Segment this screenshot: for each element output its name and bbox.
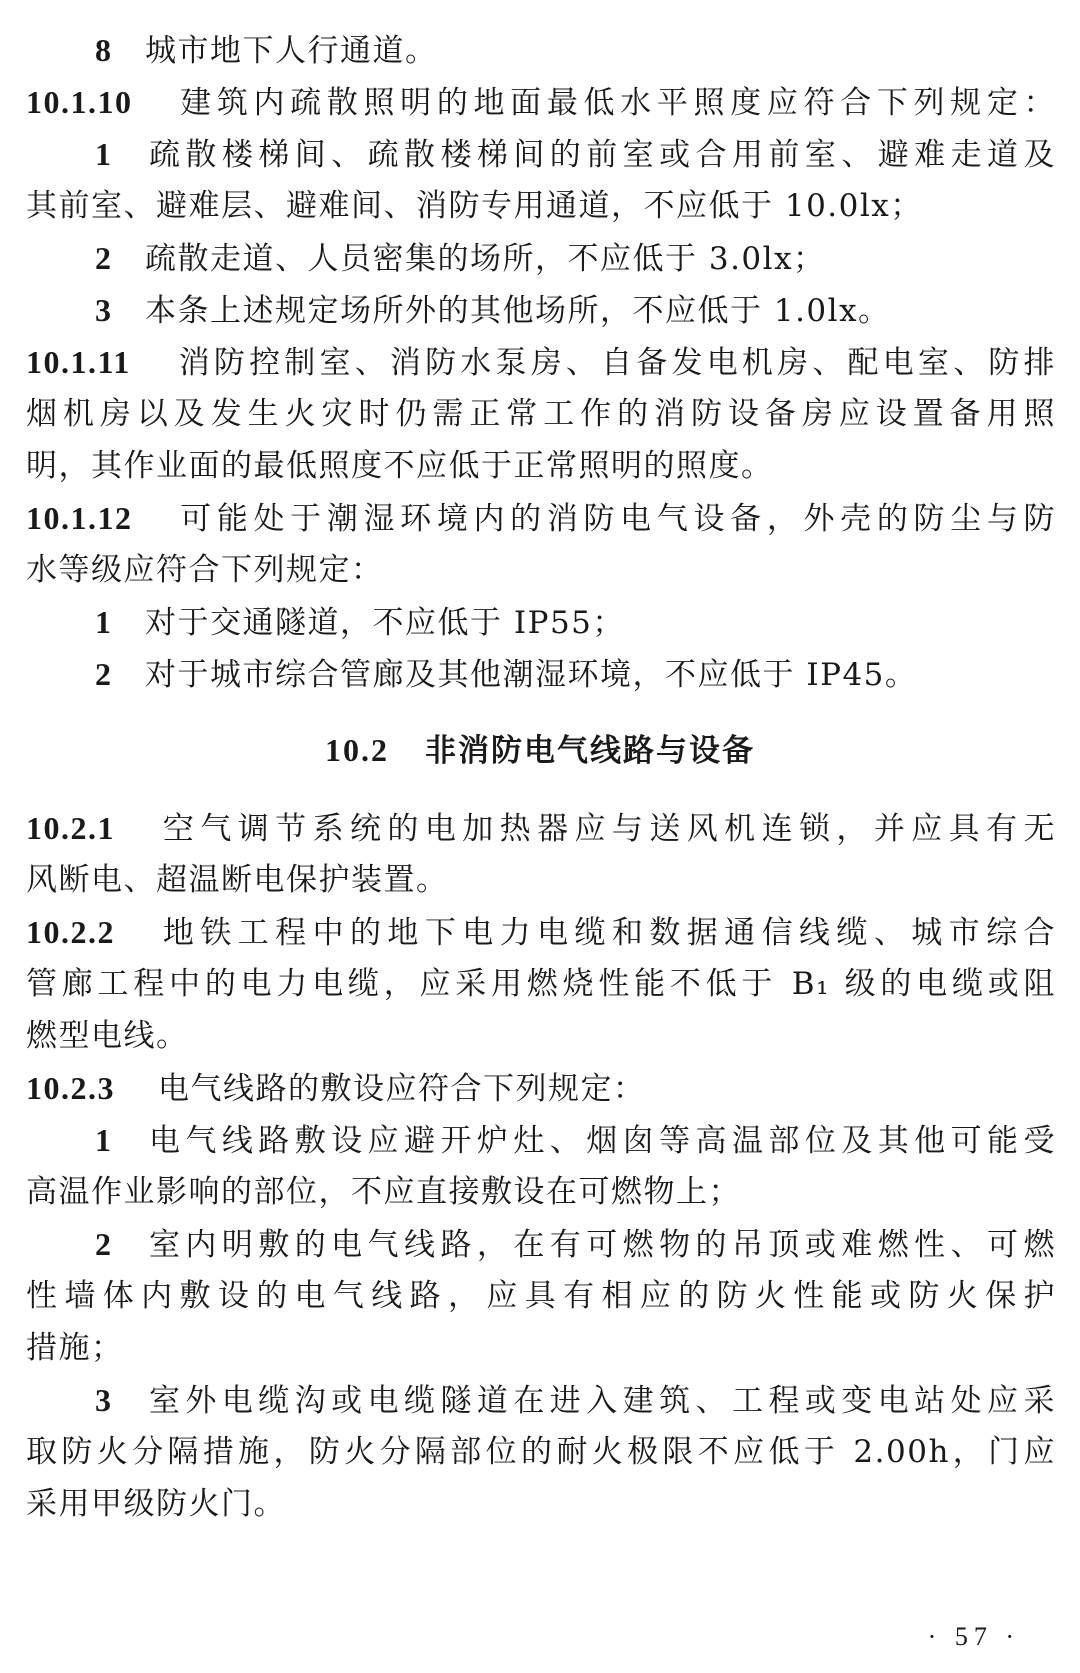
list-item: 2室内明敷的电气线路，在有可燃物的吊顶或难燃性、可燃 bbox=[95, 1224, 1056, 1264]
clause-10-1-12: 10.1.12可能处于潮湿环境内的消防电气设备，外壳的防尘与防 bbox=[26, 498, 1056, 538]
list-item: 2疏散走道、人员密集的场所，不应低于 3.0lx； bbox=[95, 238, 1056, 278]
continuation-line: 管廊工程中的电力电缆，应采用燃烧性能不低于 B₁ 级的电缆或阻 bbox=[26, 964, 1056, 1004]
clause-10-1-10: 10.1.10建筑内疏散照明的地面最低水平照度应符合下列规定： bbox=[26, 82, 1056, 122]
list-item: 1疏散楼梯间、疏散楼梯间的前室或合用前室、避难走道及 bbox=[95, 134, 1056, 174]
item-number: 2 bbox=[95, 1224, 145, 1264]
clause-number: 10.1.10 bbox=[26, 82, 176, 122]
item-number: 2 bbox=[95, 238, 145, 278]
clause-text: 电气线路的敷设应符合下列规定： bbox=[158, 1071, 646, 1107]
item-number: 2 bbox=[95, 654, 145, 694]
clause-10-2-1: 10.2.1空气调节系统的电加热器应与送风机连锁，并应具有无 bbox=[26, 808, 1056, 848]
list-item: 3室外电缆沟或电缆隧道在进入建筑、工程或变电站处应采 bbox=[95, 1380, 1056, 1420]
clause-10-2-3: 10.2.3电气线路的敷设应符合下列规定： bbox=[26, 1068, 1056, 1108]
clause-text: 可能处于潮湿环境内的消防电气设备，外壳的防尘与防 bbox=[176, 501, 1056, 537]
item-text: 室外电缆沟或电缆隧道在进入建筑、工程或变电站处应采 bbox=[145, 1383, 1056, 1419]
section-number: 10.2 bbox=[325, 730, 389, 770]
item-number: 1 bbox=[95, 1120, 145, 1160]
continuation-line: 性墙体内敷设的电气线路，应具有相应的防火性能或防火保护 bbox=[26, 1276, 1056, 1316]
item-text: 城市地下人行通道。 bbox=[145, 33, 438, 69]
clause-text: 建筑内疏散照明的地面最低水平照度应符合下列规定： bbox=[176, 85, 1056, 121]
list-item: 3本条上述规定场所外的其他场所，不应低于 1.0lx。 bbox=[95, 290, 1056, 330]
document-page: 8城市地下人行通道。 10.1.10建筑内疏散照明的地面最低水平照度应符合下列规… bbox=[0, 0, 1080, 1673]
continuation-line: 措施； bbox=[26, 1328, 1056, 1368]
list-item: 1对于交通隧道，不应低于 IP55； bbox=[95, 602, 1056, 642]
clause-text: 地铁工程中的地下电力电缆和数据通信线缆、城市综合 bbox=[158, 915, 1056, 951]
list-item: 8城市地下人行通道。 bbox=[95, 30, 1056, 70]
item-text: 室内明敷的电气线路，在有可燃物的吊顶或难燃性、可燃 bbox=[145, 1227, 1056, 1263]
list-item: 1电气线路敷设应避开炉灶、烟囱等高温部位及其他可能受 bbox=[95, 1120, 1056, 1160]
item-number: 1 bbox=[95, 134, 145, 174]
continuation-line: 取防火分隔措施，防火分隔部位的耐火极限不应低于 2.00h，门应 bbox=[26, 1432, 1056, 1472]
item-text: 疏散楼梯间、疏散楼梯间的前室或合用前室、避难走道及 bbox=[145, 137, 1056, 173]
continuation-line: 明，其作业面的最低照度不应低于正常照明的照度。 bbox=[26, 446, 1056, 486]
continuation-line: 采用甲级防火门。 bbox=[26, 1484, 1056, 1524]
clause-number: 10.2.2 bbox=[26, 912, 158, 952]
continuation-line: 燃型电线。 bbox=[26, 1016, 1056, 1056]
continuation-line: 其前室、避难层、避难间、消防专用通道，不应低于 10.0lx； bbox=[26, 186, 1056, 226]
item-number: 1 bbox=[95, 602, 145, 642]
item-text: 疏散走道、人员密集的场所，不应低于 3.0lx； bbox=[145, 241, 826, 277]
clause-10-2-2: 10.2.2地铁工程中的地下电力电缆和数据通信线缆、城市综合 bbox=[26, 912, 1056, 952]
item-number: 3 bbox=[95, 1380, 145, 1420]
continuation-line: 烟机房以及发生火灾时仍需正常工作的消防设备房应设置备用照 bbox=[26, 394, 1056, 434]
clause-number: 10.2.1 bbox=[26, 808, 158, 848]
list-item: 2对于城市综合管廊及其他潮湿环境，不应低于 IP45。 bbox=[95, 654, 1056, 694]
section-heading: 10.2非消防电气线路与设备 bbox=[0, 730, 1080, 771]
item-text: 对于交通隧道，不应低于 IP55； bbox=[145, 605, 625, 641]
continuation-line: 风断电、超温断电保护装置。 bbox=[26, 860, 1056, 900]
page-number: · 57 · bbox=[928, 1622, 1020, 1652]
item-number: 3 bbox=[95, 290, 145, 330]
clause-text: 空气调节系统的电加热器应与送风机连锁，并应具有无 bbox=[158, 811, 1056, 847]
section-title: 非消防电气线路与设备 bbox=[425, 733, 755, 769]
clause-number: 10.1.11 bbox=[26, 342, 176, 382]
clause-10-1-11: 10.1.11消防控制室、消防水泵房、自备发电机房、配电室、防排 bbox=[26, 342, 1056, 382]
clause-number: 10.2.3 bbox=[26, 1068, 158, 1108]
clause-number: 10.1.12 bbox=[26, 498, 176, 538]
item-number: 8 bbox=[95, 30, 145, 70]
continuation-line: 高温作业影响的部位，不应直接敷设在可燃物上； bbox=[26, 1172, 1056, 1212]
item-text: 电气线路敷设应避开炉灶、烟囱等高温部位及其他可能受 bbox=[145, 1123, 1056, 1159]
item-text: 本条上述规定场所外的其他场所，不应低于 1.0lx。 bbox=[145, 293, 891, 329]
continuation-line: 水等级应符合下列规定： bbox=[26, 550, 1056, 590]
clause-text: 消防控制室、消防水泵房、自备发电机房、配电室、防排 bbox=[176, 345, 1056, 381]
item-text: 对于城市综合管廊及其他潮湿环境，不应低于 IP45。 bbox=[145, 657, 917, 693]
